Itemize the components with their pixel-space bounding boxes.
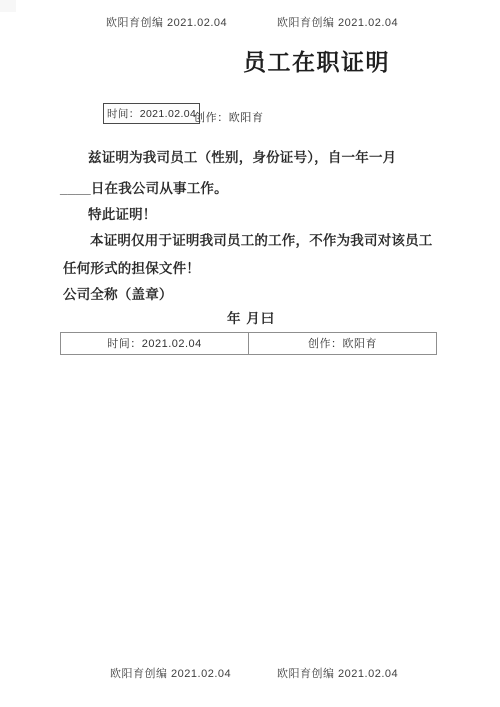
page-header-left: 欧阳育创编 2021.02.04 <box>106 14 227 30</box>
scan-artifact-corner <box>0 0 16 12</box>
author-label: 创作：欧阳育 <box>194 109 264 125</box>
meta-table-cell-author: 创作：欧阳育 <box>249 333 436 354</box>
body-line-year-month-day: 年 月曰 <box>227 307 275 327</box>
meta-table-cell-time: 时间：2021.02.04 <box>61 333 249 354</box>
body-line-disclaimer-1: 本证明仅用于证明我司员工的工作，不作为我司对该员工 <box>90 229 433 249</box>
body-line-disclaimer-2: 任何形式的担保文件！ <box>63 257 200 277</box>
page-footer-right: 欧阳育创编 2021.02.04 <box>277 665 398 681</box>
time-field-box: 时间：2021.02.04 <box>103 103 200 124</box>
document-page: 欧阳育创编 2021.02.04 欧阳育创编 2021.02.04 员工在职证明… <box>0 0 500 707</box>
body-line-company-seal: 公司全称（盖章） <box>63 283 173 303</box>
body-line-hereby-certify: 特此证明！ <box>88 203 157 223</box>
page-footer-left: 欧阳育创编 2021.02.04 <box>110 665 231 681</box>
body-line-date-blank: ____日在我公司从事工作。 <box>60 177 228 197</box>
meta-table: 时间：2021.02.04 创作：欧阳育 <box>60 332 437 355</box>
page-header-right: 欧阳育创编 2021.02.04 <box>277 14 398 30</box>
document-title: 员工在职证明 <box>243 44 390 77</box>
body-line-certify-intro: 兹证明为我司员工（性别，身份证号），自一年一月 <box>88 146 396 166</box>
